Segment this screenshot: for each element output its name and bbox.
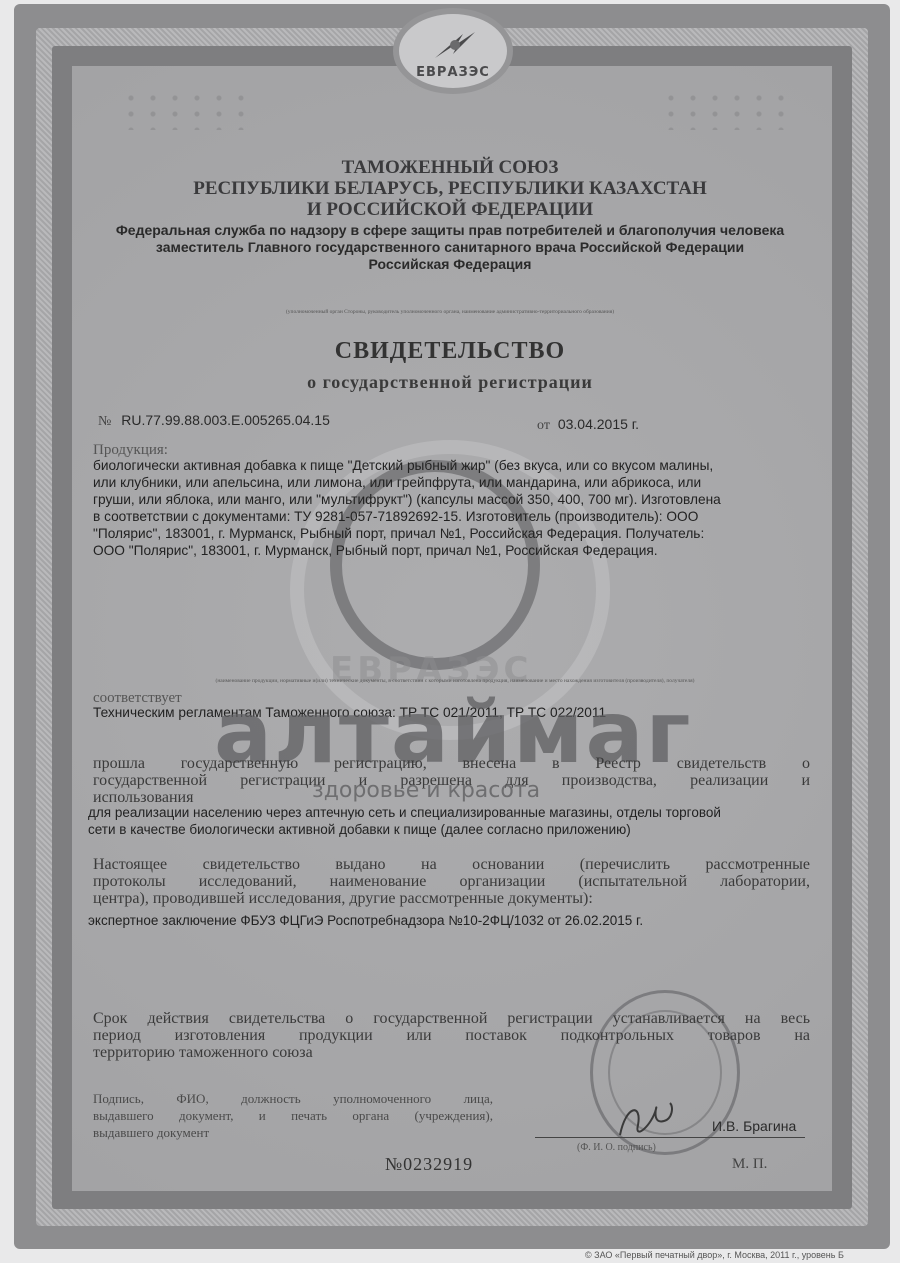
guilloche-dots-left — [120, 90, 260, 130]
service-line-1: Федеральная служба по надзору в сфере за… — [0, 222, 900, 239]
number-prefix: № — [98, 414, 111, 429]
authority-caption: (уполномоченный орган Стороны, руководит… — [100, 309, 800, 315]
product-line-4: в соответствии с документами: ТУ 9281-05… — [93, 508, 813, 525]
registration-date-row: от 03.04.2015 г. — [537, 416, 639, 434]
form-number: №0232919 — [385, 1154, 473, 1175]
basis-statement: Настоящее свидетельство выдано на основа… — [93, 856, 810, 907]
basis-line-1: Настоящее свидетельство выдано на основа… — [93, 856, 810, 873]
service-heading: Федеральная служба по надзору в сфере за… — [0, 222, 900, 273]
statement-line-1: прошла государственную регистрацию, внес… — [93, 755, 810, 772]
document-title: СВИДЕТЕЛЬСТВО — [0, 338, 900, 365]
document-subtitle: о государственной регистрации — [0, 372, 900, 393]
product-line-3: груши, или яблока, или манго, или "мульт… — [93, 491, 813, 508]
eurasec-emblem: ЕВРАЗЭС — [393, 8, 513, 94]
registration-date: 03.04.2015 г. — [558, 416, 639, 432]
basis-line-2: протоколы исследований, наименование орг… — [93, 873, 810, 890]
eurasec-emblem-icon — [433, 30, 477, 60]
date-prefix: от — [537, 418, 550, 433]
product-line-1: биологически активная добавка к пище "Де… — [93, 457, 813, 474]
basis-value: экспертное заключение ФБУЗ ФЦГиЭ Роспотр… — [88, 912, 643, 929]
product-line-6: ООО "Полярис", 183001, г. Мурманск, Рыбн… — [93, 542, 813, 559]
basis-line-3: центра), проводившей исследования, други… — [93, 890, 810, 907]
printing-imprint: © ЗАО «Первый печатный двор», г. Москва,… — [585, 1250, 844, 1260]
registration-number-row: № RU.77.99.88.003.E.005265.04.15 — [98, 412, 330, 430]
signature-caption-line-3: выдавшего документ — [93, 1124, 493, 1141]
union-line-2: РЕСПУБЛИКИ БЕЛАРУСЬ, РЕСПУБЛИКИ КАЗАХСТА… — [0, 178, 900, 199]
product-description: биологически активная добавка к пище "Де… — [93, 457, 813, 559]
union-line-3: И РОССИЙСКОЙ ФЕДЕРАЦИИ — [0, 199, 900, 220]
signature-caption: Подпись, ФИО, должность уполномоченного … — [93, 1090, 493, 1141]
union-heading: ТАМОЖЕННЫЙ СОЮЗ РЕСПУБЛИКИ БЕЛАРУСЬ, РЕС… — [0, 157, 900, 220]
validity-line-1: Срок действия свидетельства о государств… — [93, 1010, 810, 1027]
validity-statement: Срок действия свидетельства о государств… — [93, 1010, 810, 1061]
usage-line-1: для реализации населению через аптечную … — [88, 804, 828, 821]
validity-line-3: территорию таможенного союза — [93, 1044, 810, 1061]
validity-line-2: период изготовления продукции или постав… — [93, 1027, 810, 1044]
registration-number: RU.77.99.88.003.E.005265.04.15 — [121, 412, 330, 428]
signature-caption-line-1: Подпись, ФИО, должность уполномоченного … — [93, 1090, 493, 1107]
emblem-label: ЕВРАЗЭС — [416, 65, 490, 80]
product-line-2: или клубники, или апельсина, или лимона,… — [93, 474, 813, 491]
service-line-2: заместитель Главного государственного са… — [0, 239, 900, 256]
signature-line — [535, 1137, 805, 1138]
service-line-3: Российская Федерация — [0, 256, 900, 273]
union-line-1: ТАМОЖЕННЫЙ СОЮЗ — [0, 157, 900, 178]
watermark-tagline: здоровье и красота — [312, 778, 540, 803]
signatory-name: И.В. Брагина — [712, 1118, 796, 1134]
product-line-5: "Полярис", 183001, г. Мурманск, Рыбный п… — [93, 525, 813, 542]
guilloche-dots-right — [660, 90, 800, 130]
signature-caption-line-2: выдавшего документ, и печать органа (учр… — [93, 1107, 493, 1124]
signature-under-caption: (Ф. И. О. подпись) — [577, 1142, 656, 1153]
seal-place-label: М. П. — [732, 1156, 767, 1173]
usage-description: для реализации населению через аптечную … — [88, 804, 828, 838]
usage-line-2: сети в качестве биологически активной до… — [88, 821, 828, 838]
